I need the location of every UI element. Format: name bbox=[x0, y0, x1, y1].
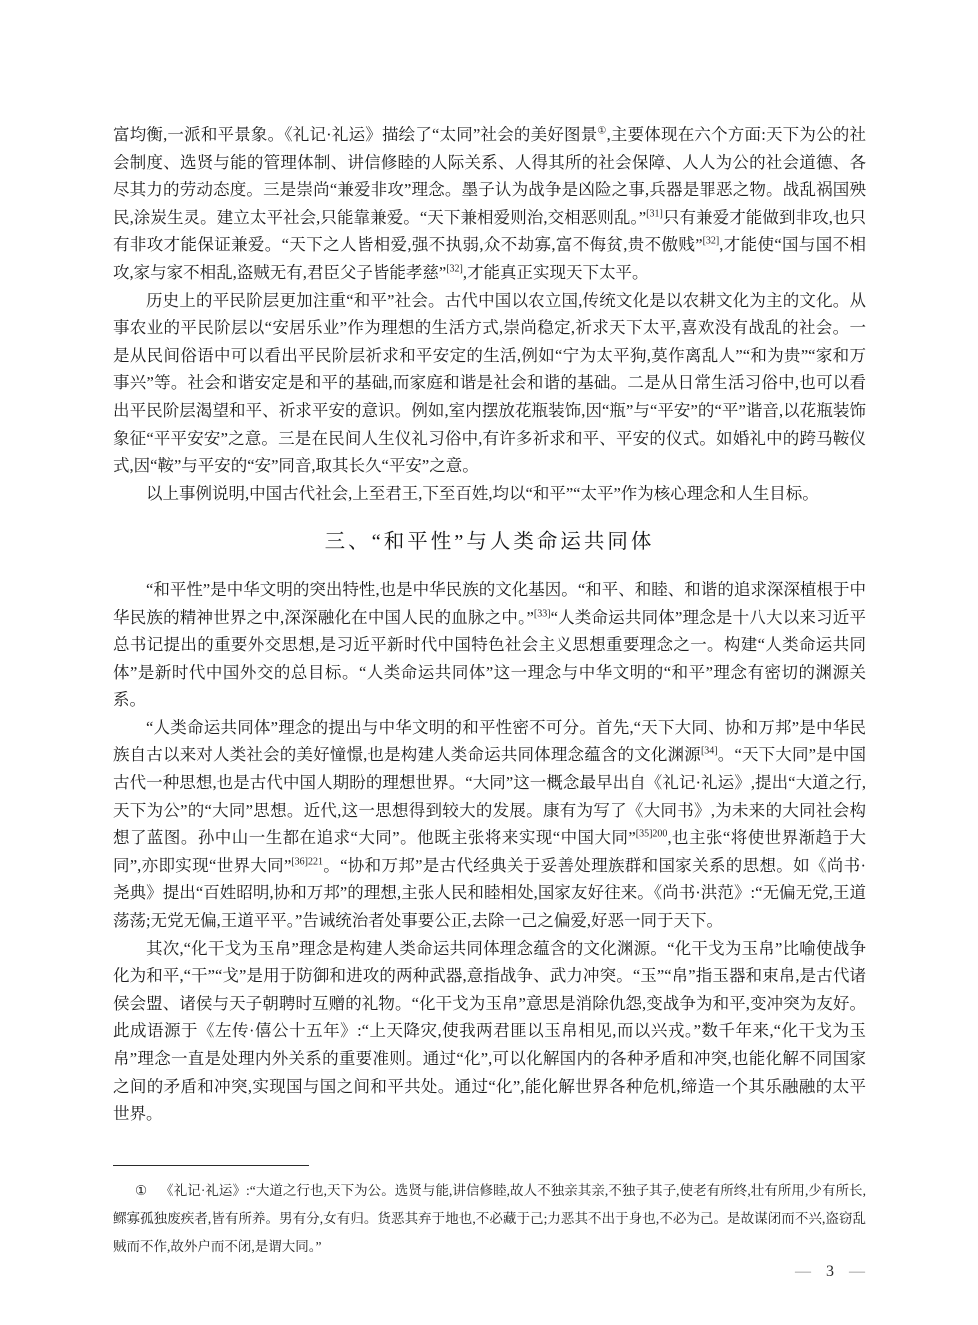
page-number-dash-right: — bbox=[849, 1263, 865, 1281]
citation-superscript: ① bbox=[597, 126, 606, 137]
paragraph: 历史上的平民阶层更加注重“和平”社会。古代中国以农立国,传统文化是以农耕文化为主… bbox=[113, 287, 866, 480]
citation-superscript: [32] bbox=[703, 236, 720, 247]
page-number-value: 3 bbox=[826, 1263, 834, 1281]
footnote-body: 《礼记·礼运》:“大道之行也,天下为公。选贤与能,讲信修睦,故人不独亲其亲,不独… bbox=[113, 1183, 866, 1254]
footnote-text: ①《礼记·礼运》:“大道之行也,天下为公。选贤与能,讲信修睦,故人不独亲其亲,不… bbox=[113, 1177, 866, 1261]
footnote-section: ①《礼记·礼运》:“大道之行也,天下为公。选贤与能,讲信修睦,故人不独亲其亲,不… bbox=[113, 1165, 866, 1261]
citation-superscript: [33] bbox=[534, 608, 551, 619]
citation-superscript: [32] bbox=[446, 263, 463, 274]
page-number-dash-left: — bbox=[795, 1263, 811, 1281]
paragraph: “和平性”是中华文明的突出特性,也是中华民族的文化基因。“和平、和睦、和谐的追求… bbox=[113, 576, 866, 714]
article-body: 富均衡,一派和平景象。《礼记·礼运》描绘了“太同”社会的美好图景①,主要体现在六… bbox=[113, 121, 866, 1128]
footnote-marker: ① bbox=[135, 1183, 147, 1198]
footnote-divider bbox=[113, 1165, 309, 1166]
citation-superscript: [31] bbox=[646, 208, 663, 219]
section-heading: 三、“和平性”与人类命运共同体 bbox=[113, 529, 866, 557]
page-number: — 3 — bbox=[795, 1263, 865, 1281]
paragraph: 其次,“化干戈为玉帛”理念是构建人类命运共同体理念蕴含的文化渊源。“化干戈为玉帛… bbox=[113, 935, 866, 1128]
document-page: 富均衡,一派和平景象。《礼记·礼运》描绘了“太同”社会的美好图景①,主要体现在六… bbox=[0, 0, 978, 1325]
citation-superscript: [34] bbox=[701, 746, 718, 757]
citation-superscript: [35]200 bbox=[636, 829, 668, 840]
paragraph: “人类命运共同体”理念的提出与中华文明的和平性密不可分。首先,“天下大同、协和万… bbox=[113, 714, 866, 935]
paragraph-continuation: 富均衡,一派和平景象。《礼记·礼运》描绘了“太同”社会的美好图景①,主要体现在六… bbox=[113, 121, 866, 287]
paragraph: 以上事例说明,中国古代社会,上至君王,下至百姓,均以“和平”“太平”作为核心理念… bbox=[113, 480, 866, 508]
citation-superscript: [36]221 bbox=[291, 856, 323, 867]
